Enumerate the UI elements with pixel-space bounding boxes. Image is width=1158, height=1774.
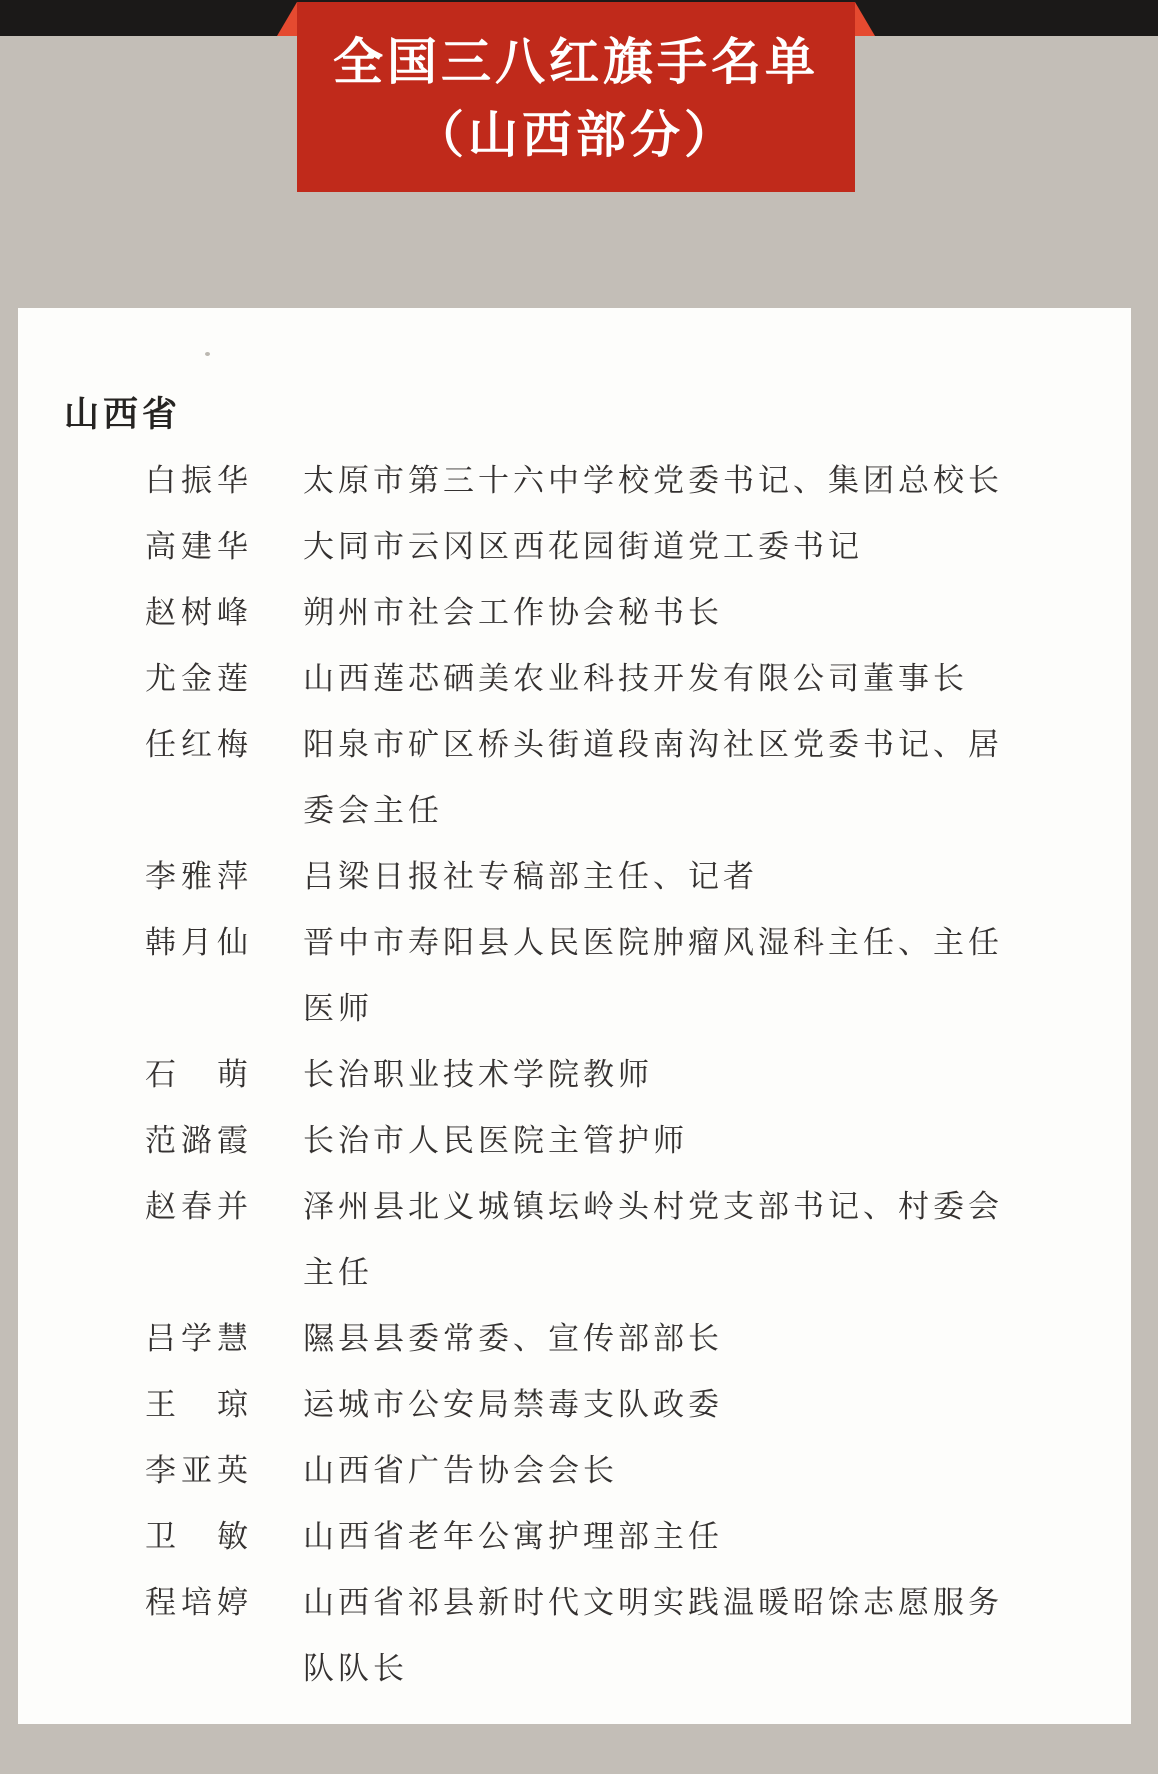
entry-position: 朔州市社会工作协会秘书长 (303, 580, 1107, 646)
entry-position: 大同市云冈区西花园街道党工委书记 (303, 514, 1107, 580)
list-item: 白振华 太原市第三十六中学校党委书记、集团总校长 (145, 448, 1107, 514)
list-item: 石 萌 长治职业技术学院教师 (145, 1042, 1107, 1108)
entry-position: 山西省祁县新时代文明实践温暖昭馀志愿服务 队队长 (303, 1570, 1107, 1702)
entry-position: 运城市公安局禁毒支队政委 (303, 1372, 1107, 1438)
entry-position: 泽州县北义城镇坛岭头村党支部书记、村委会 主任 (303, 1174, 1107, 1306)
entry-name: 高建华 (145, 514, 303, 580)
list-item: 赵树峰 朔州市社会工作协会秘书长 (145, 580, 1107, 646)
list-item: 王 琼 运城市公安局禁毒支队政委 (145, 1372, 1107, 1438)
list-item: 尤金莲 山西莲芯硒美农业科技开发有限公司董事长 (145, 646, 1107, 712)
entry-name: 程培婷 (145, 1570, 303, 1702)
entry-name: 卫 敏 (145, 1504, 303, 1570)
region-header: 山西省 (64, 390, 1107, 440)
list-item: 任红梅 阳泉市矿区桥头街道段南沟社区党委书记、居 委会主任 (145, 712, 1107, 844)
entry-name: 石 萌 (145, 1042, 303, 1108)
entry-name: 王 琼 (145, 1372, 303, 1438)
document-card: 山西省 白振华 太原市第三十六中学校党委书记、集团总校长 高建华 大同市云冈区西… (18, 308, 1131, 1724)
entry-name: 赵树峰 (145, 580, 303, 646)
entry-position: 太原市第三十六中学校党委书记、集团总校长 (303, 448, 1107, 514)
entry-position: 山西省老年公寓护理部主任 (303, 1504, 1107, 1570)
entry-position: 阳泉市矿区桥头街道段南沟社区党委书记、居 委会主任 (303, 712, 1107, 844)
entry-position: 山西省广告协会会长 (303, 1438, 1107, 1504)
banner-title-line2: （山西部分） (297, 99, 855, 172)
entry-name: 李亚英 (145, 1438, 303, 1504)
entry-name: 赵春并 (145, 1174, 303, 1306)
list-item: 卫 敏 山西省老年公寓护理部主任 (145, 1504, 1107, 1570)
entry-position: 晋中市寿阳县人民医院肿瘤风湿科主任、主任 医师 (303, 910, 1107, 1042)
entry-name: 李雅萍 (145, 844, 303, 910)
banner-title-line1: 全国三八红旗手名单 (297, 26, 855, 99)
list-item: 程培婷 山西省祁县新时代文明实践温暖昭馀志愿服务 队队长 (145, 1570, 1107, 1702)
entry-name: 范潞霞 (145, 1108, 303, 1174)
entry-name: 尤金莲 (145, 646, 303, 712)
entry-position: 山西莲芯硒美农业科技开发有限公司董事长 (303, 646, 1107, 712)
entry-position: 长治市人民医院主管护师 (303, 1108, 1107, 1174)
entry-position: 隰县县委常委、宣传部部长 (303, 1306, 1107, 1372)
list-item: 吕学慧 隰县县委常委、宣传部部长 (145, 1306, 1107, 1372)
list-item: 韩月仙 晋中市寿阳县人民医院肿瘤风湿科主任、主任 医师 (145, 910, 1107, 1042)
entry-position: 长治职业技术学院教师 (303, 1042, 1107, 1108)
paper-speck (205, 352, 210, 356)
entry-name: 任红梅 (145, 712, 303, 844)
entry-position: 吕梁日报社专稿部主任、记者 (303, 844, 1107, 910)
entry-name: 白振华 (145, 448, 303, 514)
list-item: 赵春并 泽州县北义城镇坛岭头村党支部书记、村委会 主任 (145, 1174, 1107, 1306)
list-item: 范潞霞 长治市人民医院主管护师 (145, 1108, 1107, 1174)
list-item: 李亚英 山西省广告协会会长 (145, 1438, 1107, 1504)
entry-name: 吕学慧 (145, 1306, 303, 1372)
list-item: 高建华 大同市云冈区西花园街道党工委书记 (145, 514, 1107, 580)
honoree-list: 白振华 太原市第三十六中学校党委书记、集团总校长 高建华 大同市云冈区西花园街道… (145, 448, 1107, 1702)
title-banner: 全国三八红旗手名单 （山西部分） (297, 2, 855, 192)
entry-name: 韩月仙 (145, 910, 303, 1042)
list-item: 李雅萍 吕梁日报社专稿部主任、记者 (145, 844, 1107, 910)
